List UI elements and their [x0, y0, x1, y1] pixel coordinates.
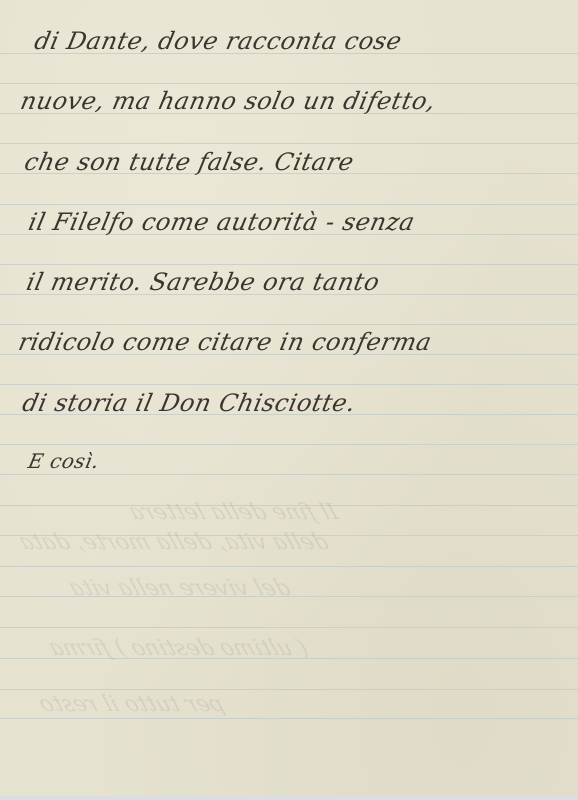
handwritten-line: nuove, ma hanno solo un difetto,	[18, 87, 438, 115]
handwritten-line: il Filelfo come autorità - senza	[26, 208, 418, 236]
ruled-line	[0, 474, 578, 475]
handwritten-line: di storia il Don Chisciotte.	[20, 389, 358, 417]
ruled-line	[0, 566, 578, 567]
ruled-line	[0, 83, 578, 84]
ruled-line	[0, 689, 578, 690]
handwritten-line: ridicolo come citare in conferma	[16, 328, 434, 356]
ruled-line	[0, 324, 578, 325]
ruled-line	[0, 143, 578, 144]
bleed-through-text: Il fine della lettera	[125, 500, 341, 525]
handwritten-line: il merito. Sarebbe ora tanto	[24, 268, 382, 296]
bleed-through-text: del vivere nella vita	[65, 576, 293, 601]
ruled-line	[0, 718, 578, 719]
bleed-through-text: della vita, della morte, data	[15, 530, 332, 555]
ruled-line	[0, 204, 578, 205]
letter-page: Il fine della lettera della vita, della …	[0, 0, 578, 796]
scan-bottom-edge	[0, 796, 578, 800]
handwritten-line: che son tutte false. Citare	[22, 148, 357, 176]
ruled-line	[0, 444, 578, 445]
ruled-line	[0, 264, 578, 265]
bleed-through-text: per tutto il resto	[35, 692, 228, 717]
ruled-line	[0, 384, 578, 385]
ruled-line	[0, 627, 578, 628]
handwritten-line: di Dante, dove racconta cose	[32, 27, 404, 55]
bleed-through-text: ( ultimo destino ) firma	[45, 636, 311, 661]
handwritten-line: E così.	[26, 449, 102, 473]
